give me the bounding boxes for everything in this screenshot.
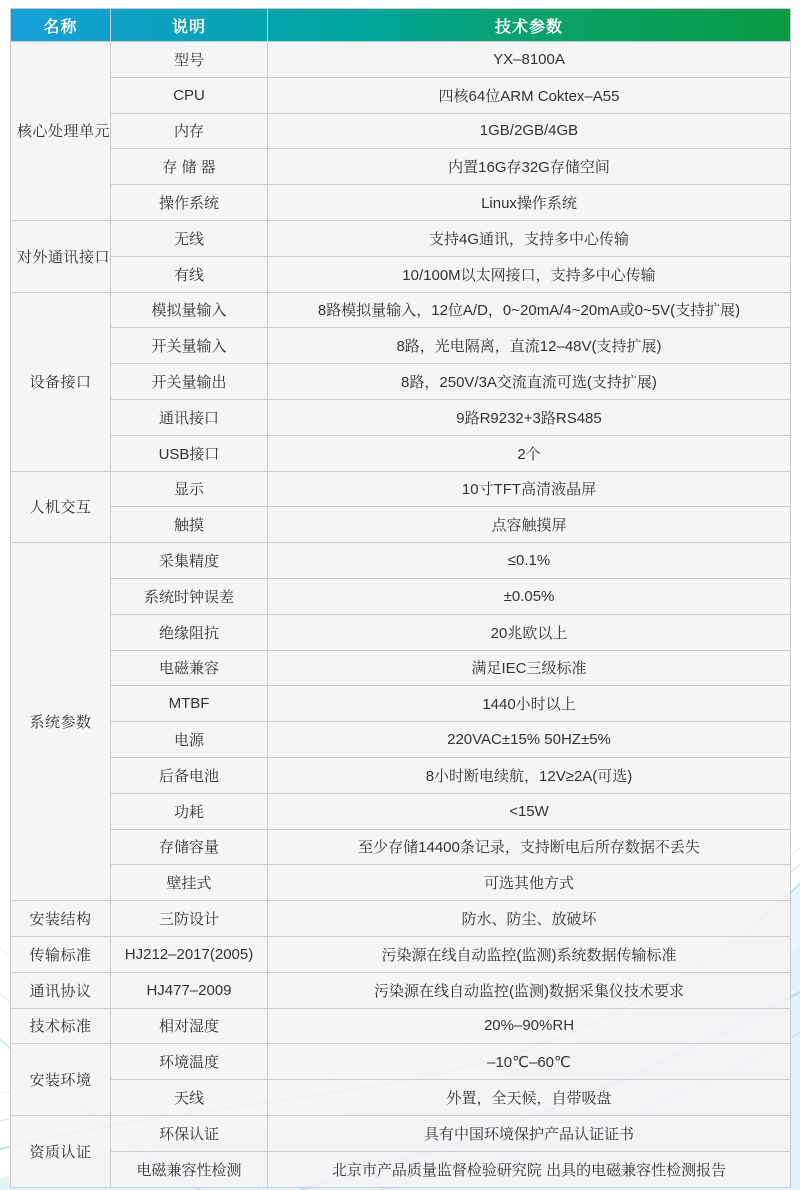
spec-row: 开关量输入8路，光电隔离，直流12–48V(支持扩展) xyxy=(11,328,791,364)
spec-value: 8路，250V/3A交流直流可选(支持扩展) xyxy=(268,364,791,400)
spec-value: 9路R9232+3路RS485 xyxy=(268,399,791,435)
spec-label: 绝缘阻抗 xyxy=(111,614,268,650)
category-cell: 资质认证 xyxy=(11,1115,111,1187)
spec-value: 10寸TFT高清液晶屏 xyxy=(268,471,791,507)
spec-label: 天线 xyxy=(111,1080,268,1116)
spec-label: 存储容量 xyxy=(111,829,268,865)
spec-value: 可选其他方式 xyxy=(268,865,791,901)
spec-value: YX–8100A xyxy=(268,42,791,78)
spec-value: –10℃–60℃ xyxy=(268,1044,791,1080)
category-cell: 传输标准 xyxy=(11,936,111,972)
spec-row: 电源220VAC±15% 50HZ±5% xyxy=(11,722,791,758)
spec-row: 有线10/100M以太网接口，支持多中心传输 xyxy=(11,256,791,292)
spec-row: 存储容量至少存储14400条记录，支持断电后所存数据不丢失 xyxy=(11,829,791,865)
spec-row: 天线外置，全天候，自带吸盘 xyxy=(11,1080,791,1116)
category-cell: 核心处理单元 xyxy=(11,42,111,221)
spec-label: HJ212–2017(2005) xyxy=(111,936,268,972)
spec-value: 支持4G通讯，支持多中心传输 xyxy=(268,220,791,256)
spec-value: 220VAC±15% 50HZ±5% xyxy=(268,722,791,758)
spec-row: 功耗<15W xyxy=(11,793,791,829)
spec-row: CPU四核64位ARM Coktex–A55 xyxy=(11,77,791,113)
spec-row: 传输标准HJ212–2017(2005)污染源在线自动监控(监测)系统数据传输标… xyxy=(11,936,791,972)
spec-row: 系统时钟误差±0.05% xyxy=(11,578,791,614)
spec-row: 触摸点容触摸屏 xyxy=(11,507,791,543)
spec-value: 防水、防尘、放破坏 xyxy=(268,901,791,937)
spec-row: 对外通讯接口无线支持4G通讯，支持多中心传输 xyxy=(11,220,791,256)
spec-row: 电磁兼容满足IEC三级标准 xyxy=(11,650,791,686)
spec-value: 1GB/2GB/4GB xyxy=(268,113,791,149)
spec-value: 具有中国环境保护产品认证证书 xyxy=(268,1115,791,1151)
spec-label: HJ477–2009 xyxy=(111,972,268,1008)
spec-value: Linux操作系统 xyxy=(268,185,791,221)
spec-value: 1440小时以上 xyxy=(268,686,791,722)
spec-label: 功耗 xyxy=(111,793,268,829)
spec-label: USB接口 xyxy=(111,435,268,471)
spec-row: 通讯接口9路R9232+3路RS485 xyxy=(11,399,791,435)
category-cell: 安装结构 xyxy=(11,901,111,937)
spec-label: CPU xyxy=(111,77,268,113)
spec-label: 通讯接口 xyxy=(111,399,268,435)
spec-label: 采集精度 xyxy=(111,543,268,579)
spec-label: 后备电池 xyxy=(111,757,268,793)
spec-row: 开关量输出8路，250V/3A交流直流可选(支持扩展) xyxy=(11,364,791,400)
spec-label: 相对湿度 xyxy=(111,1008,268,1044)
category-cell: 通讯协议 xyxy=(11,972,111,1008)
category-cell: 人机交互 xyxy=(11,471,111,543)
spec-label: 有线 xyxy=(111,256,268,292)
header-col-name: 名称 xyxy=(11,9,111,42)
spec-label: 型号 xyxy=(111,42,268,78)
spec-row: 通讯协议HJ477–2009污染源在线自动监控(监测)数据采集仪技术要求 xyxy=(11,972,791,1008)
spec-value: 污染源在线自动监控(监测)系统数据传输标准 xyxy=(268,936,791,972)
category-cell: 技术标准 xyxy=(11,1008,111,1044)
spec-label: 电源 xyxy=(111,722,268,758)
spec-row: 壁挂式可选其他方式 xyxy=(11,865,791,901)
spec-row: MTBF1440小时以上 xyxy=(11,686,791,722)
spec-value: 污染源在线自动监控(监测)数据采集仪技术要求 xyxy=(268,972,791,1008)
spec-value: 内置16G存32G存储空间 xyxy=(268,149,791,185)
spec-value: 8路，光电隔离，直流12–48V(支持扩展) xyxy=(268,328,791,364)
spec-row: USB接口2个 xyxy=(11,435,791,471)
spec-row: 安装结构三防设计防水、防尘、放破坏 xyxy=(11,901,791,937)
header-col-param: 技术参数 xyxy=(268,9,791,42)
spec-table: 名称 说明 技术参数 核心处理单元型号YX–8100ACPU四核64位ARM C… xyxy=(10,8,791,1188)
spec-label: 无线 xyxy=(111,220,268,256)
spec-value: <15W xyxy=(268,793,791,829)
spec-row: 系统参数采集精度≤0.1% xyxy=(11,543,791,579)
spec-row: 绝缘阻抗20兆欧以上 xyxy=(11,614,791,650)
spec-label: 存 储 器 xyxy=(111,149,268,185)
spec-label: 模拟量输入 xyxy=(111,292,268,328)
spec-row: 核心处理单元型号YX–8100A xyxy=(11,42,791,78)
spec-value: 满足IEC三级标准 xyxy=(268,650,791,686)
spec-label: MTBF xyxy=(111,686,268,722)
header-col-desc: 说明 xyxy=(111,9,268,42)
spec-table-body: 核心处理单元型号YX–8100ACPU四核64位ARM Coktex–A55内存… xyxy=(11,42,791,1188)
spec-row: 内存1GB/2GB/4GB xyxy=(11,113,791,149)
spec-label: 触摸 xyxy=(111,507,268,543)
spec-label: 系统时钟误差 xyxy=(111,578,268,614)
spec-value: 10/100M以太网接口，支持多中心传输 xyxy=(268,256,791,292)
spec-label: 显示 xyxy=(111,471,268,507)
spec-label: 电磁兼容 xyxy=(111,650,268,686)
spec-label: 环保认证 xyxy=(111,1115,268,1151)
category-cell: 系统参数 xyxy=(11,543,111,901)
category-cell: 安装环境 xyxy=(11,1044,111,1116)
spec-value: 北京市产品质量监督检验研究院 出具的电磁兼容性检测报告 xyxy=(268,1151,791,1187)
spec-label: 环境温度 xyxy=(111,1044,268,1080)
spec-value: 8路模拟量输入，12位A/D，0~20mA/4~20mA或0~5V(支持扩展) xyxy=(268,292,791,328)
spec-value: 8小时断电续航，12V≥2A(可选) xyxy=(268,757,791,793)
spec-value: 20%–90%RH xyxy=(268,1008,791,1044)
spec-value: ≤0.1% xyxy=(268,543,791,579)
spec-row: 人机交互显示10寸TFT高清液晶屏 xyxy=(11,471,791,507)
spec-label: 壁挂式 xyxy=(111,865,268,901)
spec-row: 后备电池8小时断电续航，12V≥2A(可选) xyxy=(11,757,791,793)
category-cell: 对外通讯接口 xyxy=(11,220,111,292)
spec-value: 2个 xyxy=(268,435,791,471)
spec-value: 点容触摸屏 xyxy=(268,507,791,543)
spec-label: 电磁兼容性检测 xyxy=(111,1151,268,1187)
spec-label: 内存 xyxy=(111,113,268,149)
spec-label: 开关量输入 xyxy=(111,328,268,364)
spec-label: 操作系统 xyxy=(111,185,268,221)
table-header-row: 名称 说明 技术参数 xyxy=(11,9,791,42)
spec-row: 资质认证环保认证具有中国环境保护产品认证证书 xyxy=(11,1115,791,1151)
spec-row: 设备接口模拟量输入8路模拟量输入，12位A/D，0~20mA/4~20mA或0~… xyxy=(11,292,791,328)
spec-value: 外置，全天候，自带吸盘 xyxy=(268,1080,791,1116)
spec-row: 安装环境环境温度–10℃–60℃ xyxy=(11,1044,791,1080)
spec-value: ±0.05% xyxy=(268,578,791,614)
spec-label: 三防设计 xyxy=(111,901,268,937)
category-cell: 设备接口 xyxy=(11,292,111,471)
spec-value: 四核64位ARM Coktex–A55 xyxy=(268,77,791,113)
spec-label: 开关量输出 xyxy=(111,364,268,400)
spec-row: 电磁兼容性检测北京市产品质量监督检验研究院 出具的电磁兼容性检测报告 xyxy=(11,1151,791,1187)
spec-row: 操作系统Linux操作系统 xyxy=(11,185,791,221)
spec-row: 技术标准相对湿度20%–90%RH xyxy=(11,1008,791,1044)
spec-value: 20兆欧以上 xyxy=(268,614,791,650)
spec-value: 至少存储14400条记录，支持断电后所存数据不丢失 xyxy=(268,829,791,865)
spec-row: 存 储 器内置16G存32G存储空间 xyxy=(11,149,791,185)
